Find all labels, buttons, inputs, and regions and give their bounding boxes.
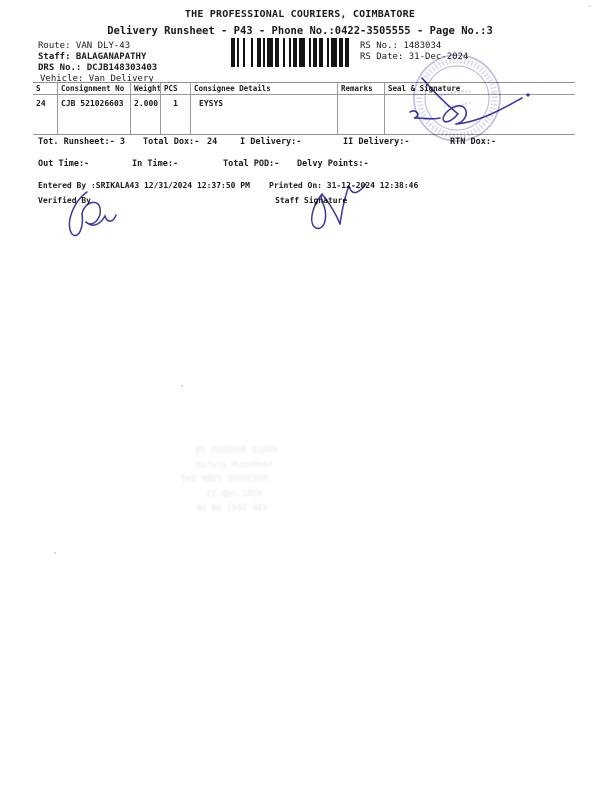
ghost-line: teehsnuR yrvleD xyxy=(88,458,278,474)
consignment-table: S No Consignment No Weight PCS Consignee… xyxy=(33,82,575,135)
col-header-seal: Seal & Signature xyxy=(384,83,575,95)
staff-signature-label: Staff Signature xyxy=(275,196,347,205)
ii-delivery: II Delivery:- xyxy=(343,137,410,147)
runsheet-barcode xyxy=(231,38,349,67)
delvy-points: Delvy Points:- xyxy=(297,159,369,169)
rs-no-field: RS No.: 1483034 xyxy=(360,41,441,51)
out-time: Out Time:- xyxy=(38,159,89,169)
runsheet-document: THE PROFESSIONAL COURIERS, COIMBATORE De… xyxy=(0,0,600,800)
entered-by: Entered By :SRIKALA43 12/31/2024 12:37:5… xyxy=(38,181,250,190)
ghost-line: 430 3841 oN SR xyxy=(88,501,278,517)
col-header-consignee: Consignee Details xyxy=(190,83,337,95)
row-consignment: CJB 521026603 xyxy=(57,95,130,134)
row-remarks xyxy=(337,95,384,134)
row-consignee: EYSYS xyxy=(190,95,337,134)
total-dox-label: Total Dox:- xyxy=(143,137,199,147)
row-pcs: 1 xyxy=(160,95,190,134)
printed-on: Printed On: 31-12-2024 12:38:46 xyxy=(269,181,418,190)
i-delivery: I Delivery:- xyxy=(240,137,301,147)
row-weight: 2.000 xyxy=(130,95,160,134)
document-subtitle: Delivery Runsheet - P43 - Phone No.:0422… xyxy=(20,25,580,37)
scan-speck xyxy=(54,552,56,554)
col-header-pcs: PCS xyxy=(160,83,190,95)
col-header-sno: S No xyxy=(33,83,57,95)
rtn-dox: RTN Dox:- xyxy=(450,137,496,147)
ghost-line: e0422 3505555 oN xyxy=(88,443,278,459)
col-header-weight: Weight xyxy=(130,83,160,95)
staff-field: Staff: BALAGANAPATHY xyxy=(38,52,146,62)
ghost-line: SREIRUOC FORP EHT xyxy=(88,472,278,488)
bleedthrough-ghost-text: e0422 3505555 oN teehsnuR yrvleD SREIRUO… xyxy=(88,443,279,517)
tot-runsheet: Tot. Runsheet:- 3 xyxy=(38,137,125,147)
route-field: Route: VAN DLY-43 xyxy=(38,41,130,51)
verified-by-signature xyxy=(55,186,130,244)
total-pod: Total POD:- xyxy=(223,159,279,169)
rs-date-field: RS Date: 31-Dec-2024 xyxy=(360,52,468,62)
document-title: THE PROFESSIONAL COURIERS, COIMBATORE xyxy=(20,9,580,20)
total-dox-value: 24 xyxy=(207,137,217,147)
col-header-consignment: Consignment No xyxy=(57,83,130,95)
scan-speck xyxy=(181,385,183,387)
scan-speck xyxy=(588,5,591,7)
row-seal-cell xyxy=(384,95,575,134)
in-time: In Time:- xyxy=(132,159,178,169)
row-sno: 24 xyxy=(33,95,57,134)
ghost-line: 4202-ceD-13 xyxy=(88,487,278,503)
drs-no-field: DRS No.: DCJB148303403 xyxy=(38,63,157,73)
col-header-remarks: Remarks xyxy=(337,83,384,95)
verified-by-label: Verified By xyxy=(38,196,91,205)
